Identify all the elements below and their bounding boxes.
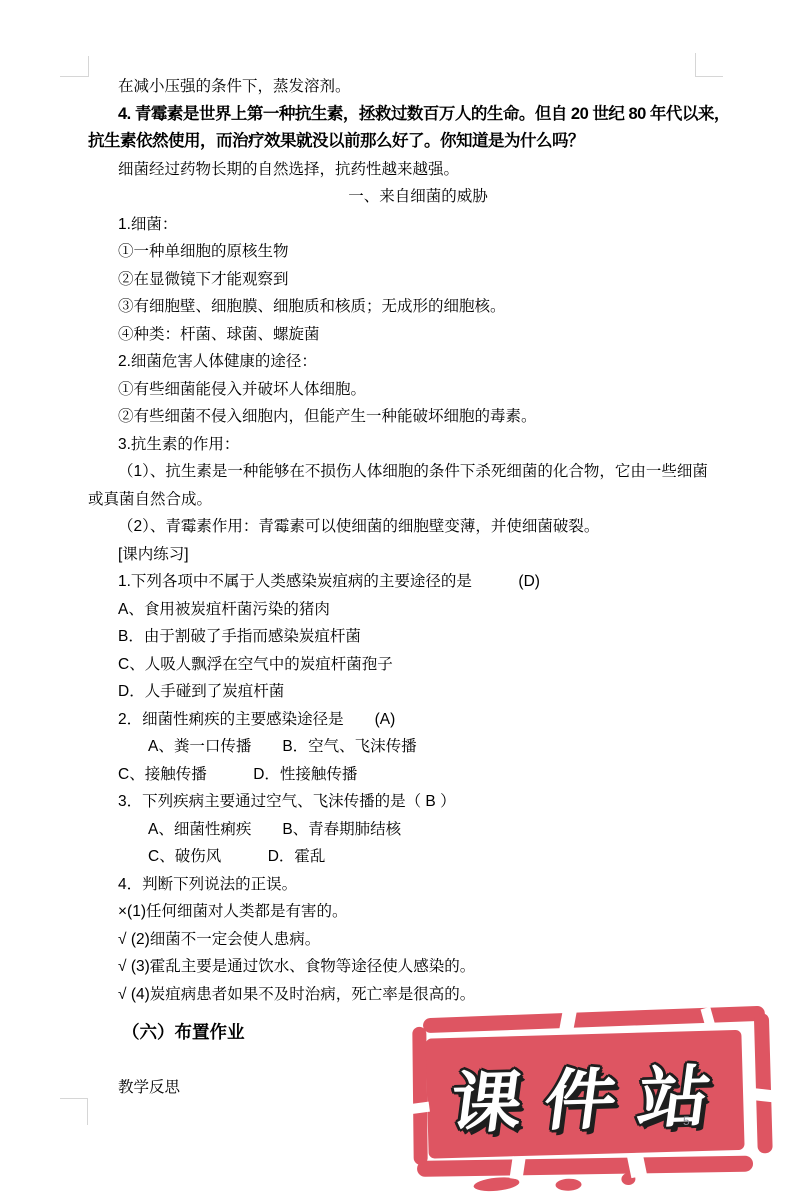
- text-line: 1.细菌：: [88, 211, 728, 239]
- text-line: （1）、抗生素是一种能够在不损伤人体细胞的条件下杀死细菌的化合物，它由一些细菌: [88, 458, 728, 486]
- text-line: C、接触传播 D．性接触传播: [88, 761, 728, 789]
- text-line: C、破伤风 D．霍乱: [88, 843, 728, 871]
- page-content: 在减小压强的条件下，蒸发溶剂。4. 青霉素是世界上第一种抗生素，拯救过数百万人的…: [88, 73, 728, 1102]
- text-line: A、食用被炭疽杆菌污染的猪肉: [88, 596, 728, 624]
- text-line: ②在显微镜下才能观察到: [88, 266, 728, 294]
- text-line: 4．判断下列说法的正误。: [88, 871, 728, 899]
- text-line: B．由于割破了手指而感染炭疽杆菌: [88, 623, 728, 651]
- page-number: 5: [683, 1114, 690, 1128]
- text-line: 2．细菌性痢疾的主要感染途径是 (A): [88, 706, 728, 734]
- text-line: 2.细菌危害人体健康的途径：: [88, 348, 728, 376]
- stamp-border-gap: [510, 1156, 526, 1180]
- text-line: （2）、青霉素作用：青霉素可以使细菌的细胞壁变薄，并使细菌破裂。: [88, 513, 728, 541]
- text-line: ①有些细菌能侵入并破坏人体细胞。: [88, 376, 728, 404]
- text-line: 在减小压强的条件下，蒸发溶剂。: [88, 73, 728, 101]
- margin-mark-bottom-left-icon: [60, 1098, 88, 1125]
- text-line: ×(1)任何细菌对人类都是有害的。: [88, 898, 728, 926]
- text-line: 一、来自细菌的威胁: [88, 183, 728, 211]
- text-line: A、细菌性痢疾 B、青春期肺结核: [88, 816, 728, 844]
- text-line: 4. 青霉素是世界上第一种抗生素，拯救过数百万人的生命。但自 20 世纪 80 …: [88, 101, 728, 129]
- stamp-border-right: [754, 1013, 773, 1153]
- text-line: 抗生素依然使用，而治疗效果就没以前那么好了。你知道是为什么吗？: [88, 128, 728, 156]
- watermark-stamp: 课件站: [411, 1001, 776, 1185]
- text-line: A、粪一口传播 B．空气、飞沫传播: [88, 733, 728, 761]
- text-line: ①一种单细胞的原核生物: [88, 238, 728, 266]
- text-line: 3.抗生素的作用：: [88, 431, 728, 459]
- text-line: ④种类：杆菌、球菌、螺旋菌: [88, 321, 728, 349]
- text-line: 细菌经过药物长期的自然选择，抗药性越来越强。: [88, 156, 728, 184]
- document-page: 在减小压强的条件下，蒸发溶剂。4. 青霉素是世界上第一种抗生素，拯救过数百万人的…: [0, 0, 800, 1200]
- text-line: D．人手碰到了炭疽杆菌: [88, 678, 728, 706]
- stamp-border-bottom: [417, 1156, 753, 1177]
- margin-mark-top-left-icon: [60, 56, 89, 77]
- stamp-body: 课件站: [425, 1030, 744, 1159]
- text-line: ③有细胞壁、细胞膜、细胞质和核质；无成形的细胞核。: [88, 293, 728, 321]
- margin-mark-top-right-icon: [695, 53, 723, 77]
- text-line: 1.下列各项中不属于人类感染炭疽病的主要途径的是 (D): [88, 568, 728, 596]
- text-line: [课内练习]: [88, 541, 728, 569]
- stamp-border-gap: [754, 1088, 774, 1102]
- stamp-ink-blob: [555, 1178, 581, 1191]
- text-line: √ (3)霍乱主要是通过饮水、食物等途径使人感染的。: [88, 953, 728, 981]
- text-line: √ (2)细菌不一定会使人患病。: [88, 926, 728, 954]
- text-line: 3．下列疾病主要通过空气、飞沫传播的是（ B ）: [88, 788, 728, 816]
- text-line: C、人吸人飘浮在空气中的炭疽杆菌孢子: [88, 651, 728, 679]
- stamp-text: 课件站: [431, 1042, 739, 1146]
- text-line: 或真菌自然合成。: [88, 486, 728, 514]
- stamp-border-gap: [559, 1010, 576, 1032]
- text-line: ②有些细菌不侵入细胞内，但能产生一种能破坏细胞的毒素。: [88, 403, 728, 431]
